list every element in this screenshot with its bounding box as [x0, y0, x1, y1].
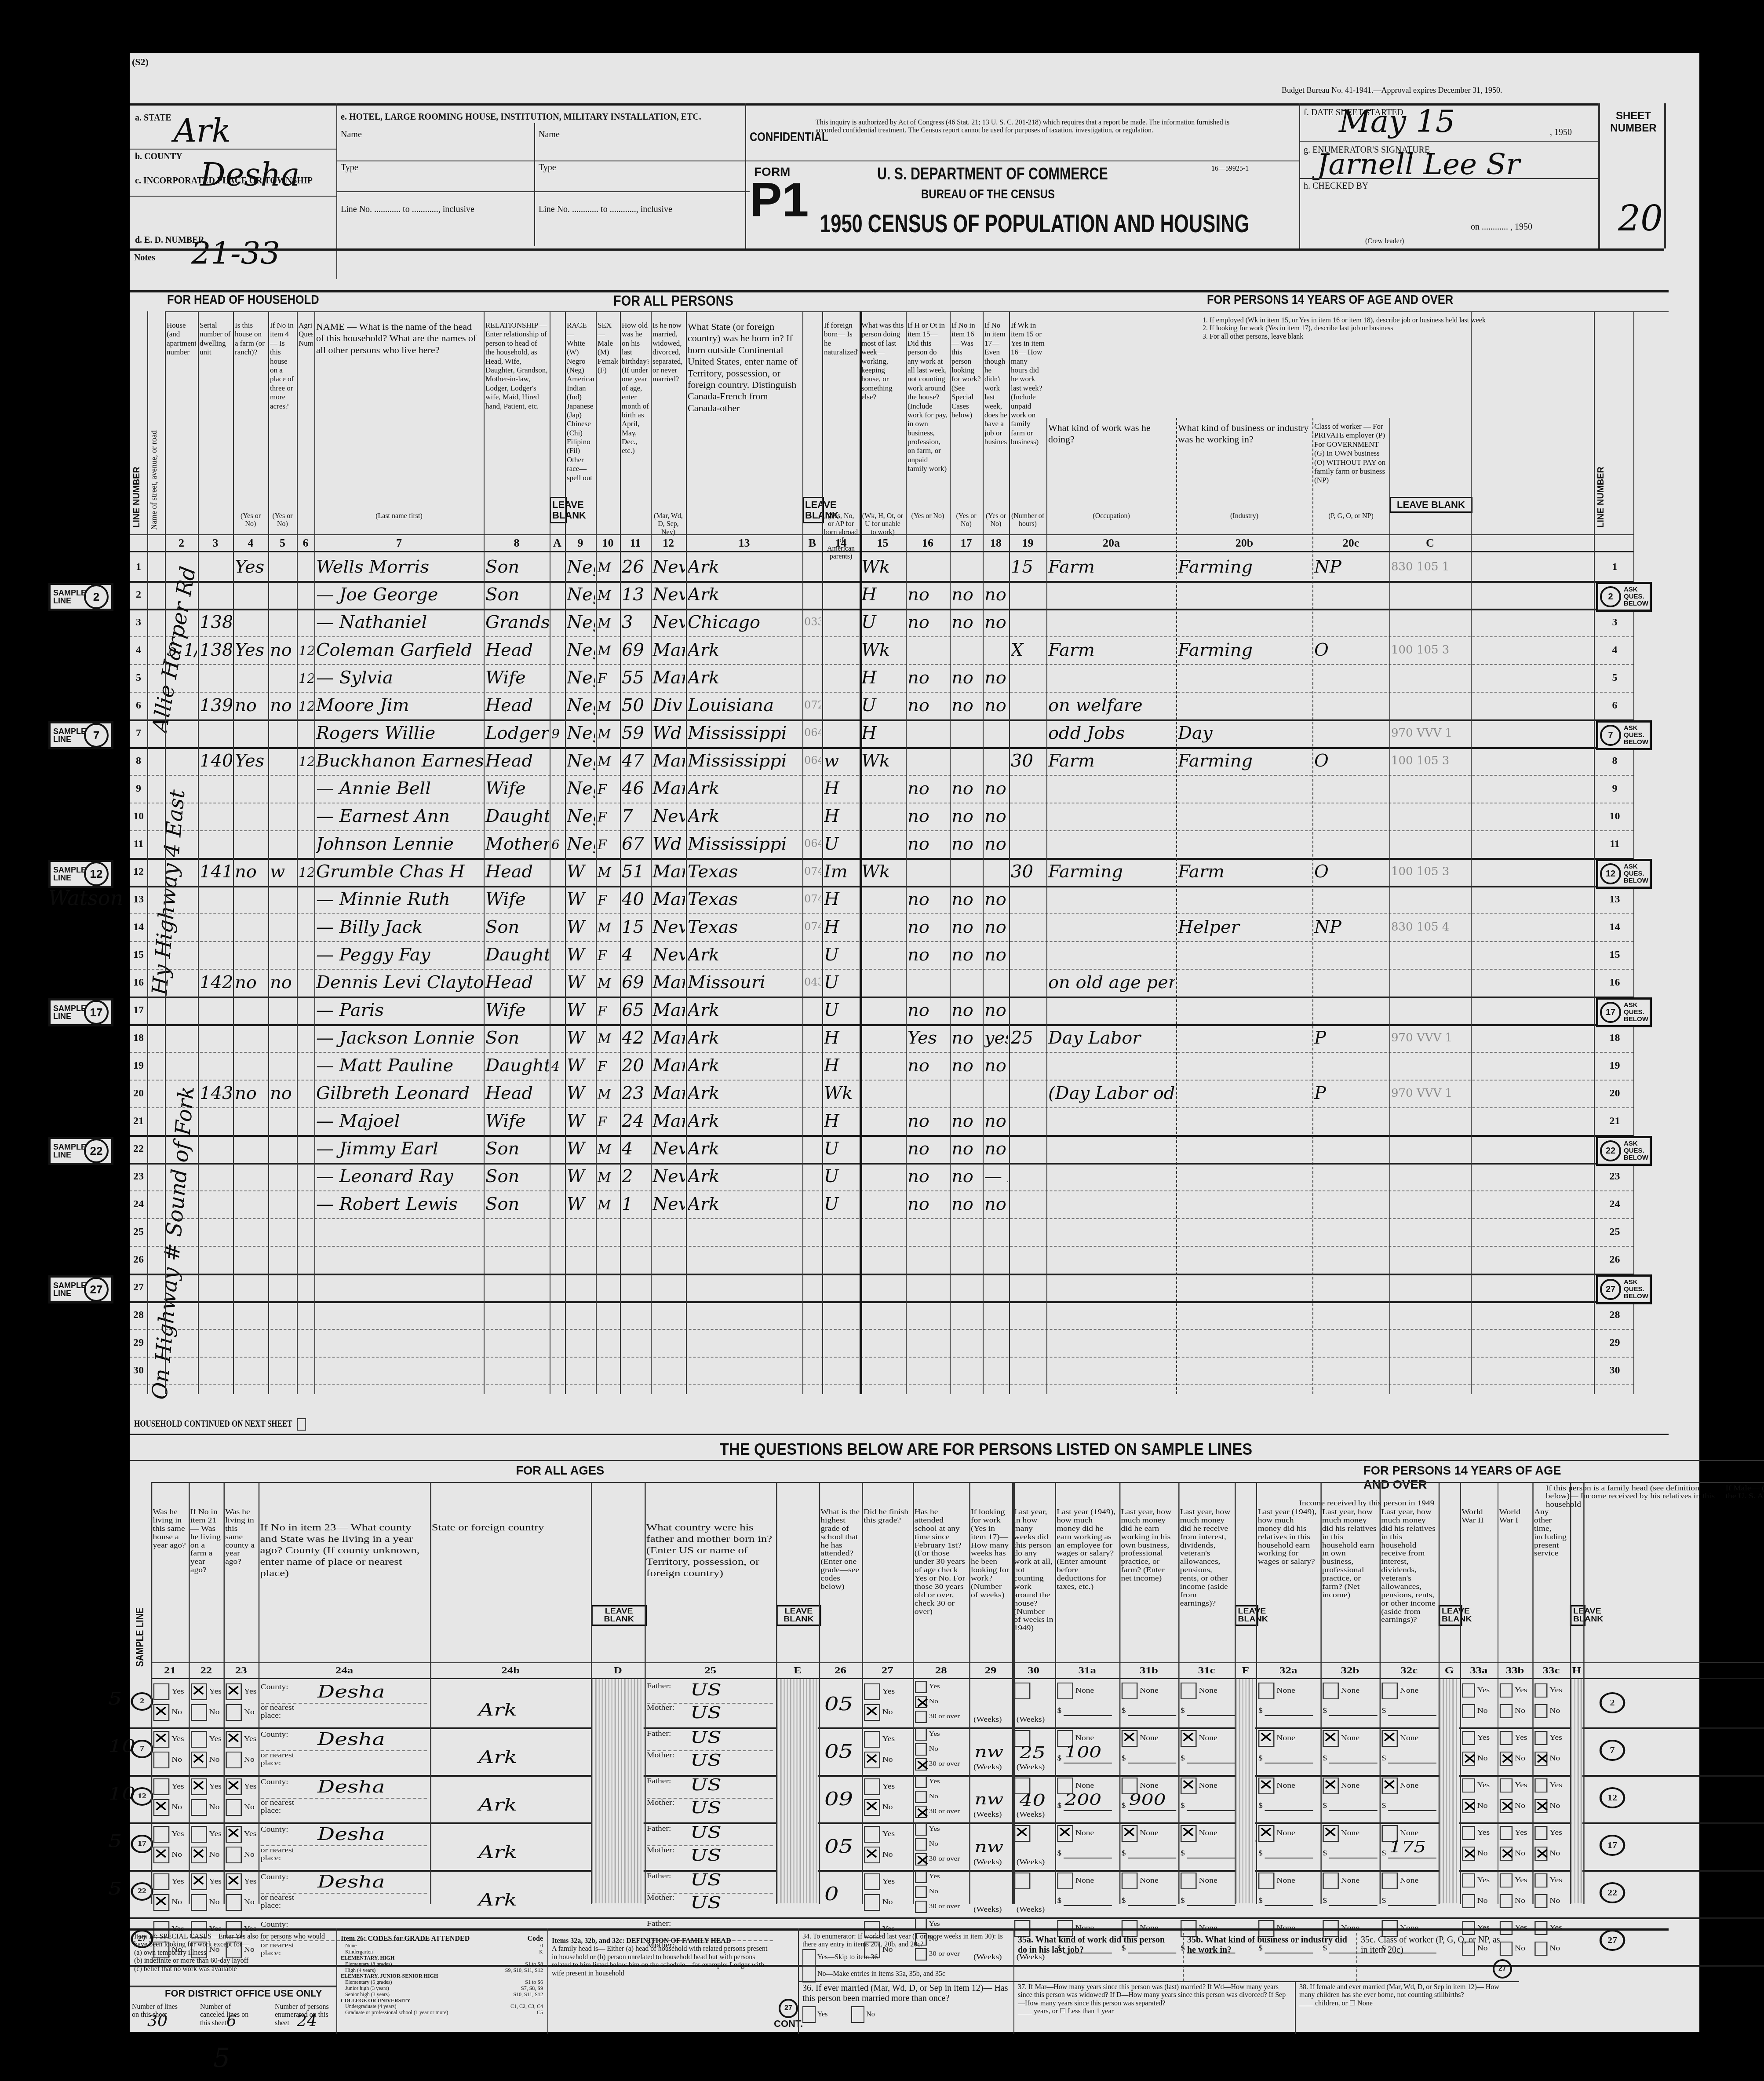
c32a-none-checkbox[interactable] [1258, 1778, 1275, 1794]
cell-c18[interactable]: yes [984, 1028, 1008, 1048]
cell-mar[interactable]: Nev [652, 557, 685, 577]
cell-name[interactable]: Johnson Lennie [316, 834, 483, 854]
school-option-2-checkbox[interactable] [915, 1743, 927, 1756]
cell-c18[interactable]: no [984, 668, 1008, 688]
cell-name[interactable]: Buckhanon Earnest [316, 751, 483, 771]
cell-sex[interactable]: F [598, 1059, 619, 1074]
c23-yes-checkbox[interactable] [226, 1873, 242, 1890]
cell-c17[interactable]: no [951, 917, 982, 937]
c32a-none[interactable]: None [1258, 1873, 1295, 1889]
cell-c15[interactable]: Wk [861, 640, 905, 660]
c32a-none-checkbox[interactable] [1258, 1825, 1275, 1842]
c31a-none[interactable]: None [1057, 1683, 1094, 1699]
cell-sex[interactable]: M [598, 754, 619, 770]
cell-rel[interactable]: Son [485, 1194, 549, 1214]
cell-ind[interactable]: Farming [1178, 557, 1312, 577]
c22-no-checkbox[interactable] [191, 1847, 207, 1863]
cell-c17[interactable]: no [951, 889, 982, 909]
cell-race[interactable]: W [567, 945, 595, 965]
cell-rel[interactable]: Grandson [485, 612, 549, 632]
cell-mar[interactable]: Mar [652, 1055, 685, 1076]
ww2-no-checkbox[interactable] [1462, 1752, 1475, 1766]
c22-yes[interactable]: Yes [191, 1778, 222, 1795]
cell-birth[interactable]: Ark [688, 668, 802, 688]
cell-farm[interactable]: no [235, 862, 267, 882]
cell-c17[interactable]: no [951, 695, 982, 716]
c22-no-checkbox[interactable] [191, 1752, 207, 1768]
finish-no[interactable]: No [864, 1799, 893, 1816]
cell-c18[interactable]: no [984, 1000, 1008, 1020]
cell-mar[interactable]: Mar [652, 1111, 685, 1131]
school-option-3[interactable]: 30 or over [915, 1901, 960, 1913]
weeks-looking-value[interactable]: nw [975, 1743, 1004, 1761]
county-value[interactable]: Desha [317, 1777, 385, 1797]
cell-birth[interactable]: Ark [688, 1166, 802, 1187]
cell-rel[interactable]: Lodger [485, 723, 549, 743]
c22-yes[interactable]: Yes [191, 1731, 222, 1748]
cell-serial[interactable]: 143 [200, 1083, 232, 1103]
cell-c16[interactable]: no [908, 584, 949, 605]
cell-race[interactable]: W [567, 1111, 595, 1131]
cell-c17[interactable]: no [951, 1028, 982, 1048]
c23-no-checkbox[interactable] [226, 1847, 242, 1863]
cell-c17[interactable]: no [951, 1166, 982, 1187]
c23-no[interactable]: No [226, 1799, 254, 1816]
c23-yes[interactable]: Yes [226, 1778, 256, 1795]
ww2-no[interactable]: No [1462, 1704, 1487, 1718]
cell-acres[interactable]: no [270, 640, 296, 660]
c21-no[interactable]: No [153, 1752, 182, 1768]
ww1-yes[interactable]: Yes [1500, 1731, 1527, 1745]
cell-race[interactable]: W [567, 1083, 595, 1103]
ww1-no[interactable]: No [1500, 1894, 1525, 1908]
cell-acres[interactable]: no [270, 1083, 296, 1103]
cell-cls[interactable]: NP [1314, 917, 1389, 937]
cell-mar[interactable]: Nev [652, 1166, 685, 1187]
cell-mar[interactable]: Nev [652, 584, 685, 605]
ww1-no-checkbox[interactable] [1500, 1704, 1513, 1718]
cell-age[interactable]: 2 [622, 1166, 650, 1187]
cell-sex[interactable]: M [598, 699, 619, 714]
cell-birth[interactable]: Texas [688, 917, 802, 937]
cell-birth[interactable]: Mississippi [688, 723, 802, 743]
c31a-none-checkbox[interactable] [1057, 1825, 1073, 1842]
c23-no-checkbox[interactable] [226, 1894, 242, 1911]
other-no-checkbox[interactable] [1534, 1894, 1547, 1908]
c31c-none-checkbox[interactable] [1181, 1683, 1197, 1699]
cell-rel[interactable]: Head [485, 751, 549, 771]
cell-c18[interactable]: no [984, 584, 1008, 605]
cell-age[interactable]: 1 [622, 1194, 650, 1214]
c31b-none[interactable]: None [1122, 1825, 1159, 1842]
c31b-value[interactable]: 900 [1129, 1791, 1166, 1809]
school-option-2[interactable]: No [915, 1743, 938, 1756]
weeks-worked-none-checkbox[interactable] [1014, 1683, 1031, 1699]
mother-value[interactable]: US [690, 1798, 722, 1817]
ww1-no[interactable]: No [1500, 1799, 1525, 1813]
ww1-no[interactable]: No [1500, 1752, 1525, 1766]
c22-yes[interactable]: Yes [191, 1826, 222, 1843]
q34-yes-checkbox[interactable] [802, 1949, 816, 1966]
ww2-no[interactable]: No [1462, 1799, 1487, 1813]
weeks-worked-value[interactable]: 40 [1020, 1790, 1046, 1810]
c32b-none-checkbox[interactable] [1323, 1825, 1339, 1842]
c31c-none[interactable]: None [1181, 1778, 1217, 1794]
school-option-1-checkbox[interactable] [915, 1728, 927, 1741]
c22-yes-checkbox[interactable] [191, 1731, 207, 1748]
cell-rel[interactable]: Head [485, 640, 549, 660]
c22-no-checkbox[interactable] [191, 1894, 207, 1911]
cell-nat[interactable]: H [824, 806, 859, 826]
cell-c17[interactable]: no [951, 668, 982, 688]
weeks-looking-value[interactable]: nw [975, 1838, 1004, 1856]
other-yes[interactable]: Yes [1534, 1826, 1562, 1840]
c32b-none-checkbox[interactable] [1323, 1683, 1339, 1699]
cell-ind[interactable]: Helper [1178, 917, 1312, 937]
cell-acres[interactable]: w [270, 862, 296, 882]
cell-sex[interactable]: F [598, 1004, 619, 1019]
c23-yes[interactable]: Yes [226, 1873, 256, 1890]
cell-rel[interactable]: Daughter [485, 945, 549, 965]
school-option-1-checkbox[interactable] [915, 1871, 927, 1883]
cell-name[interactable]: Dennis Levi Clayton [316, 972, 483, 993]
cell-sex[interactable]: M [598, 865, 619, 880]
cell-age[interactable]: 4 [622, 1139, 650, 1159]
c31b-none[interactable]: None [1122, 1873, 1159, 1889]
cell-c16[interactable]: no [908, 917, 949, 937]
cell-nat[interactable]: w [824, 751, 859, 771]
ww1-yes[interactable]: Yes [1500, 1683, 1527, 1698]
cell-farm[interactable]: Yes [235, 640, 267, 660]
weeks-looking-value[interactable]: nw [975, 1790, 1004, 1808]
ww1-yes-checkbox[interactable] [1500, 1683, 1513, 1698]
c23-no[interactable]: No [226, 1752, 254, 1768]
cell-c17[interactable]: no [951, 1194, 982, 1214]
cell-birth[interactable]: Ark [688, 1194, 802, 1214]
q38-tail[interactable]: ____ children, or ☐ None [1299, 2000, 1515, 2008]
cell-rel[interactable]: Wife [485, 668, 549, 688]
cell-c[interactable]: 970 VVV 1 [1391, 1031, 1470, 1044]
c32b-none[interactable]: None [1323, 1778, 1359, 1794]
county-value[interactable]: Desha [317, 1824, 385, 1844]
ww2-yes[interactable]: Yes [1462, 1731, 1490, 1745]
cell-race[interactable]: W [567, 1166, 595, 1187]
cell-nat[interactable]: Wk [824, 1083, 859, 1103]
cell-sex[interactable]: M [598, 1031, 619, 1047]
ww2-no-checkbox[interactable] [1462, 1799, 1475, 1813]
cell-age[interactable]: 7 [622, 806, 650, 826]
ww1-yes[interactable]: Yes [1500, 1826, 1527, 1840]
cell-race[interactable]: W [567, 1055, 595, 1076]
q36-no-checkbox[interactable] [851, 2006, 864, 2023]
cell-occ[interactable]: Farming [1048, 862, 1175, 882]
cell-mar[interactable]: Nev [652, 945, 685, 965]
cell-name[interactable]: Moore Jim [316, 695, 483, 716]
c22-yes-checkbox[interactable] [191, 1873, 207, 1890]
c32b-none[interactable]: None [1323, 1683, 1359, 1699]
cell-c19[interactable]: 25 [1011, 1028, 1046, 1048]
school-option-3[interactable]: 30 or over [915, 1711, 960, 1723]
c31c-none-checkbox[interactable] [1181, 1730, 1197, 1747]
cell-c19[interactable]: 30 [1011, 751, 1046, 771]
county-value[interactable]: Desha [200, 156, 300, 193]
other-yes-checkbox[interactable] [1534, 1731, 1547, 1745]
cell-race[interactable]: Neg [567, 557, 595, 577]
cell-farm[interactable]: no [235, 695, 267, 716]
c21-no[interactable]: No [153, 1894, 182, 1911]
cell-name[interactable]: Gilbreth Leonard [316, 1083, 483, 1103]
c22-no[interactable]: No [191, 1704, 219, 1721]
cell-name[interactable]: — Robert Lewis [316, 1194, 483, 1214]
cell-name[interactable]: — Paris [316, 1000, 483, 1020]
cell-c17[interactable]: no [951, 584, 982, 605]
cell-race[interactable]: Neg [567, 723, 595, 743]
ww2-no-checkbox[interactable] [1462, 1894, 1475, 1908]
cell-mar[interactable]: Mar [652, 1028, 685, 1048]
cell-c17[interactable]: no [951, 612, 982, 632]
cell-mar[interactable]: Wd [652, 723, 685, 743]
cell-c15[interactable]: H [861, 584, 905, 605]
grade-value[interactable]: 0 [824, 1883, 839, 1905]
cell-rel[interactable]: Head [485, 972, 549, 993]
cell-cls[interactable]: P [1314, 1083, 1389, 1103]
cell-sex[interactable]: M [598, 727, 619, 742]
cell-occ[interactable]: on old age pension [1048, 972, 1175, 993]
c32c-value[interactable]: 175 [1389, 1838, 1426, 1856]
c21-yes[interactable]: Yes [153, 1826, 184, 1843]
cell-serial[interactable]: 142 [200, 972, 232, 993]
c32b-none-checkbox[interactable] [1323, 1730, 1339, 1747]
cell-birth[interactable]: Ark [688, 1111, 802, 1131]
cell-b[interactable]: 064 [804, 727, 821, 739]
cell-c15[interactable]: H [861, 723, 905, 743]
cell-serial[interactable]: 141 [200, 862, 232, 882]
c31c-none[interactable]: None [1181, 1825, 1217, 1842]
ww2-no[interactable]: No [1462, 1752, 1487, 1766]
cell-c18[interactable]: no [984, 778, 1008, 799]
cell-age[interactable]: 59 [622, 723, 650, 743]
c22-yes-checkbox[interactable] [191, 1683, 207, 1700]
other-yes-checkbox[interactable] [1534, 1683, 1547, 1698]
cell-ind[interactable]: Farming [1178, 640, 1312, 660]
cell-age[interactable]: 13 [622, 584, 650, 605]
cell-mar[interactable]: Nev [652, 806, 685, 826]
state-value[interactable]: Ark [478, 1890, 517, 1910]
ww2-yes-checkbox[interactable] [1462, 1731, 1475, 1745]
father-value[interactable]: US [690, 1870, 722, 1889]
c31b-none[interactable]: None [1122, 1683, 1159, 1699]
cell-cls[interactable]: NP [1314, 557, 1389, 577]
cell-c16[interactable]: no [908, 1139, 949, 1159]
grade-value[interactable]: 05 [824, 1693, 853, 1715]
cell-name[interactable]: — Sylvia [316, 668, 483, 688]
other-no[interactable]: No [1534, 1847, 1560, 1861]
school-option-2[interactable]: No [915, 1838, 938, 1851]
signature-value[interactable]: Jarnell Lee Sr [1317, 147, 1520, 181]
cell-rel[interactable]: Head [485, 695, 549, 716]
cell-race[interactable]: Neg [567, 806, 595, 826]
cell-sex[interactable]: F [598, 1114, 619, 1130]
cell-b[interactable]: 072 [804, 699, 821, 711]
cell-sex[interactable]: F [598, 671, 619, 686]
cell-sex[interactable]: F [598, 782, 619, 797]
cell-acres[interactable]: no [270, 972, 296, 993]
c31a-none[interactable]: None [1057, 1873, 1094, 1889]
cell-occ[interactable]: on welfare [1048, 695, 1175, 716]
cell-age[interactable]: 24 [622, 1111, 650, 1131]
cell-nat[interactable]: H [824, 1111, 859, 1131]
c32a-none[interactable]: None [1258, 1730, 1295, 1747]
c31a-none-checkbox[interactable] [1057, 1873, 1073, 1889]
cell-race[interactable]: W [567, 1028, 595, 1048]
cell-c18[interactable]: no [984, 695, 1008, 716]
cell-b[interactable]: 074 [804, 920, 821, 933]
cell-serial[interactable]: 138 [200, 612, 232, 632]
school-option-1[interactable]: Yes [915, 1776, 940, 1788]
school-option-2[interactable]: No [915, 1791, 938, 1803]
cell-c16[interactable]: no [908, 612, 949, 632]
cell-farm[interactable]: Yes [235, 557, 267, 577]
cell-agq[interactable]: 123 [299, 643, 313, 659]
school-option-1-checkbox[interactable] [915, 1823, 927, 1836]
cell-nat[interactable]: U [824, 834, 859, 854]
cell-c17[interactable]: no [951, 1000, 982, 1020]
cell-age[interactable]: 23 [622, 1083, 650, 1103]
cell-birth[interactable]: Missouri [688, 972, 802, 993]
ww2-yes[interactable]: Yes [1462, 1778, 1490, 1793]
other-no[interactable]: No [1534, 1894, 1560, 1908]
cell-c16[interactable]: no [908, 806, 949, 826]
c21-no-checkbox[interactable] [153, 1799, 170, 1816]
cell-name[interactable]: — Billy Jack [316, 917, 483, 937]
grade-value[interactable]: 05 [824, 1836, 853, 1857]
ww2-yes[interactable]: Yes [1462, 1683, 1490, 1698]
c32c-none-checkbox[interactable] [1381, 1778, 1398, 1794]
cell-c15[interactable]: Wk [861, 862, 905, 882]
cell-c18[interactable]: no [984, 889, 1008, 909]
cell-a[interactable]: 9 [551, 727, 564, 742]
ww1-yes-checkbox[interactable] [1500, 1778, 1513, 1793]
cell-name[interactable]: — Minnie Ruth [316, 889, 483, 909]
cell-sex[interactable]: F [598, 893, 619, 908]
cell-serial[interactable]: 139 [200, 695, 232, 716]
cell-nat[interactable]: U [824, 1139, 859, 1159]
cell-birth[interactable]: Ark [688, 1028, 802, 1048]
school-option-3[interactable]: 30 or over [915, 1806, 960, 1818]
cell-nat[interactable]: H [824, 778, 859, 799]
cell-occ[interactable]: Day Labor [1048, 1028, 1175, 1048]
cell-age[interactable]: 3 [622, 612, 650, 632]
cell-rel[interactable]: Son [485, 1028, 549, 1048]
ww2-yes-checkbox[interactable] [1462, 1873, 1475, 1888]
cell-c[interactable]: 970 VVV 1 [1391, 727, 1470, 740]
cell-race[interactable]: Neg [567, 834, 595, 854]
c32c-none-checkbox[interactable] [1381, 1873, 1398, 1889]
cell-b[interactable]: 074 [804, 865, 821, 877]
c32b-none[interactable]: None [1323, 1873, 1359, 1889]
county-value[interactable]: Desha [317, 1729, 385, 1749]
cell-race[interactable]: W [567, 972, 595, 993]
cell-name[interactable]: — Majoel [316, 1111, 483, 1131]
cell-birth[interactable]: Ark [688, 945, 802, 965]
finish-yes[interactable]: Yes [864, 1731, 895, 1748]
c31b-none-checkbox[interactable] [1122, 1730, 1138, 1747]
school-option-2[interactable]: No [915, 1886, 938, 1898]
ww2-yes-checkbox[interactable] [1462, 1826, 1475, 1840]
school-option-3-checkbox[interactable] [915, 1758, 927, 1771]
cell-name[interactable]: — Earnest Ann [316, 806, 483, 826]
c22-yes[interactable]: Yes [191, 1683, 222, 1700]
ww1-no-checkbox[interactable] [1500, 1847, 1513, 1861]
other-no-checkbox[interactable] [1534, 1847, 1547, 1861]
c21-yes-checkbox[interactable] [153, 1826, 170, 1843]
mother-value[interactable]: US [690, 1893, 722, 1912]
c22-no-checkbox[interactable] [191, 1704, 207, 1721]
finish-yes[interactable]: Yes [864, 1778, 895, 1795]
c32c-none[interactable]: None [1381, 1778, 1418, 1794]
ww1-no[interactable]: No [1500, 1847, 1525, 1861]
ww1-no-checkbox[interactable] [1500, 1799, 1513, 1813]
father-value[interactable]: US [690, 1775, 722, 1794]
cell-birth[interactable]: Ark [688, 1083, 802, 1103]
school-option-1-checkbox[interactable] [915, 1681, 927, 1693]
c32c-none-checkbox[interactable] [1381, 1683, 1398, 1699]
cell-farm[interactable]: no [235, 972, 267, 993]
cell-age[interactable]: 51 [622, 862, 650, 882]
school-option-2-checkbox[interactable] [915, 1886, 927, 1898]
cell-mar[interactable]: Mar [652, 1083, 685, 1103]
c21-no-checkbox[interactable] [153, 1704, 170, 1721]
school-option-3-checkbox[interactable] [915, 1711, 927, 1723]
finish-no-checkbox[interactable] [864, 1752, 880, 1768]
cell-birth[interactable]: Chicago [688, 612, 802, 632]
ww1-no-checkbox[interactable] [1500, 1894, 1513, 1908]
c31a-value[interactable]: 200 [1064, 1791, 1101, 1809]
school-option-1[interactable]: Yes [915, 1681, 940, 1693]
cell-age[interactable]: 69 [622, 972, 650, 993]
cell-rel[interactable]: Head [485, 862, 549, 882]
cell-c18[interactable]: no [984, 945, 1008, 965]
cell-mar[interactable]: Nev [652, 917, 685, 937]
ww1-no[interactable]: No [1500, 1704, 1525, 1718]
school-option-2-checkbox[interactable] [915, 1696, 927, 1708]
cell-nat[interactable]: U [824, 1194, 859, 1214]
cell-rel[interactable]: Wife [485, 778, 549, 799]
cell-rel[interactable]: Son [485, 917, 549, 937]
ww2-yes[interactable]: Yes [1462, 1826, 1490, 1840]
cell-age[interactable]: 42 [622, 1028, 650, 1048]
cell-occ[interactable]: odd Jobs [1048, 723, 1175, 743]
cell-age[interactable]: 4 [622, 945, 650, 965]
cell-nat[interactable]: U [824, 1166, 859, 1187]
cell-race[interactable]: W [567, 889, 595, 909]
c21-yes[interactable]: Yes [153, 1778, 184, 1795]
other-no[interactable]: No [1534, 1704, 1560, 1718]
cell-name[interactable]: — Nathaniel [316, 612, 483, 632]
c23-no[interactable]: No [226, 1894, 254, 1911]
other-yes-checkbox[interactable] [1534, 1873, 1547, 1888]
cell-c16[interactable]: no [908, 1111, 949, 1131]
cell-rel[interactable]: Son [485, 584, 549, 605]
cell-c17[interactable]: no [951, 806, 982, 826]
grade-value[interactable]: 05 [824, 1741, 853, 1762]
cell-b[interactable]: 033 [804, 616, 821, 628]
weeks-worked-none[interactable] [1014, 1683, 1032, 1699]
c31c-none-checkbox[interactable] [1181, 1778, 1197, 1794]
finish-yes[interactable]: Yes [864, 1873, 895, 1890]
cell-age[interactable]: 55 [622, 668, 650, 688]
ww1-no-checkbox[interactable] [1500, 1752, 1513, 1766]
